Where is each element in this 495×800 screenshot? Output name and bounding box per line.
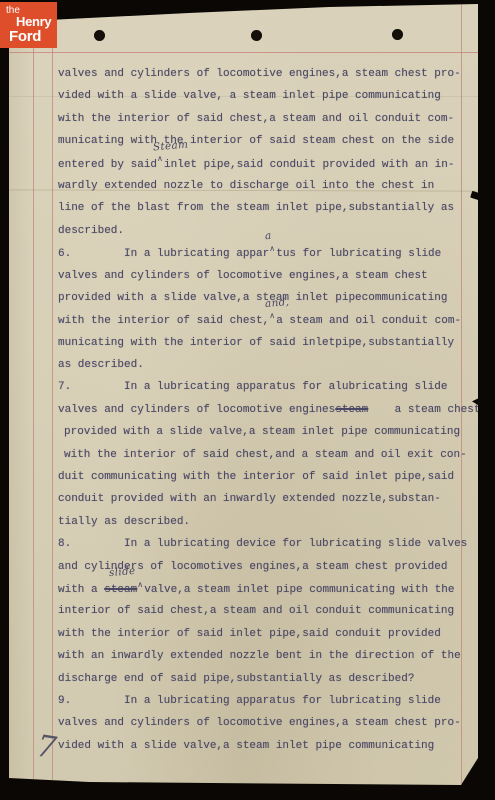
- typed-text: with the interior of said chest,: [58, 315, 269, 327]
- typed-line: with the interior of said chest,and,∧a s…: [58, 307, 470, 329]
- typed-line: vided with a slide valve,a steam inlet p…: [58, 733, 470, 755]
- handwritten-annotation: and,∧: [269, 307, 276, 323]
- typed-line: interior of said chest,a steam and oil c…: [58, 598, 470, 620]
- typed-line: valves and cylinders of locomotive engin…: [58, 397, 470, 419]
- punch-hole: [94, 30, 105, 41]
- typed-text: valves and cylinders of locomotive engin…: [58, 404, 335, 416]
- paper-sheet: valves and cylinders of locomotive engin…: [9, 4, 478, 785]
- typed-text: 8. In a lubricating device for lubricati…: [58, 538, 467, 550]
- typed-line: municating with the interior of said ste…: [58, 128, 470, 150]
- typed-line: vided with a slide valve, a steam inlet …: [58, 83, 470, 105]
- typed-text: conduit provided with an inwardly extend…: [58, 493, 441, 505]
- typed-text: with an inwardly extended nozzle bent in…: [58, 650, 461, 662]
- typed-text: with the interior of said chest,a steam …: [58, 113, 454, 125]
- typed-text: duit communicating with the interior of …: [58, 471, 454, 483]
- typed-line: with the interior of said inlet pipe,sai…: [58, 621, 470, 643]
- typed-line: conduit provided with an inwardly extend…: [58, 486, 470, 508]
- typed-text: valves and cylinders of locomotive engin…: [58, 68, 461, 80]
- typed-text: tus for lubricating slide: [276, 248, 441, 260]
- handwritten-word: and,: [264, 291, 290, 315]
- top-horizontal-rule: [9, 52, 478, 53]
- typed-line: 6. In a lubricating appara∧tus for lubri…: [58, 240, 470, 262]
- typed-text: provided with a slide valve,a steam inle…: [58, 292, 447, 304]
- typed-line: discharge end of said pipe,substantially…: [58, 666, 470, 688]
- typed-text: 7. In a lubricating apparatus for alubri…: [58, 381, 447, 393]
- handwritten-annotation: slide∧: [137, 576, 144, 592]
- typed-text: discharge end of said pipe,substantially…: [58, 673, 414, 685]
- typed-line: 9. In a lubricating apparatus for lubric…: [58, 688, 470, 710]
- logo-text-ford: Ford: [9, 28, 41, 45]
- handwritten-margin-note: 7: [28, 725, 65, 775]
- insertion-caret-icon: ∧: [137, 574, 143, 596]
- typed-text: tially as described.: [58, 516, 190, 528]
- struck-text: steam: [335, 404, 368, 416]
- typed-line: tially as described.: [58, 509, 470, 531]
- logo-text-henry: Henry: [16, 14, 51, 29]
- typed-line: line of the blast from the steam inlet p…: [58, 195, 470, 217]
- typed-text: with the interior of said inlet pipe,sai…: [58, 628, 441, 640]
- typed-text: a steam chest: [368, 404, 480, 416]
- insertion-caret-icon: ∧: [269, 238, 275, 260]
- insertion-caret-icon: ∧: [157, 148, 163, 170]
- typed-text: valves and cylinders of locomotive engin…: [58, 270, 428, 282]
- left-margin-rule-inner: [52, 4, 53, 785]
- handwritten-word: slide: [108, 559, 136, 584]
- handwritten-annotation: Steam∧: [157, 151, 164, 167]
- typed-line: with the interior of said chest,and a st…: [58, 442, 470, 464]
- typed-text: valve,a steam inlet pipe communicating w…: [144, 584, 454, 596]
- typed-text: provided with a slide valve,a steam inle…: [64, 426, 460, 438]
- typed-text: valves and cylinders of locomotive engin…: [58, 717, 461, 729]
- typed-line: duit communicating with the interior of …: [58, 464, 470, 486]
- typed-text: interior of said chest,a steam and oil c…: [58, 605, 454, 617]
- typed-text: vided with a slide valve, a steam inlet …: [58, 90, 441, 102]
- punch-hole: [392, 29, 403, 40]
- typed-text: line of the blast from the steam inlet p…: [58, 202, 454, 214]
- henry-ford-logo: the Henry Ford: [0, 2, 57, 48]
- typed-text: 6. In a lubricating appar: [58, 248, 269, 260]
- typed-line: provided with a slide valve,a steam inle…: [58, 419, 470, 441]
- document-scan: valves and cylinders of locomotive engin…: [0, 0, 495, 800]
- struck-text: steam: [104, 584, 137, 596]
- typed-line: municating with the interior of said inl…: [58, 330, 470, 352]
- typed-text: with a: [58, 584, 104, 596]
- typed-line: valves and cylinders of locomotive engin…: [58, 710, 470, 732]
- typed-text: a steam and oil conduit com-: [276, 315, 461, 327]
- left-margin-rule-outer: [33, 4, 34, 785]
- typed-line: with an inwardly extended nozzle bent in…: [58, 643, 470, 665]
- typed-text: municating with the interior of said inl…: [58, 337, 454, 349]
- typed-line: entered by saidSteam∧inlet pipe,said con…: [58, 151, 470, 173]
- typed-text: municating with the interior of said ste…: [58, 135, 454, 147]
- typed-text: wardly extended nozzle to discharge oil …: [58, 180, 434, 192]
- punch-hole: [251, 30, 262, 41]
- typed-line: 8. In a lubricating device for lubricati…: [58, 531, 470, 553]
- typed-line: valves and cylinders of locomotive engin…: [58, 61, 470, 83]
- typed-line: wardly extended nozzle to discharge oil …: [58, 173, 470, 195]
- typed-line: valves and cylinders of locomotive engin…: [58, 263, 470, 285]
- typed-text: with the interior of said chest,and a st…: [64, 449, 467, 461]
- typed-text: 9. In a lubricating apparatus for lubric…: [58, 695, 441, 707]
- handwritten-annotation: a∧: [269, 240, 276, 256]
- typed-line: 7. In a lubricating apparatus for alubri…: [58, 374, 470, 396]
- typed-line: as described.: [58, 352, 470, 374]
- typed-line: with a steamslide∧valve,a steam inlet pi…: [58, 576, 470, 598]
- typed-line: with the interior of said chest,a steam …: [58, 106, 470, 128]
- typed-text: vided with a slide valve,a steam inlet p…: [58, 740, 434, 752]
- typed-text: described.: [58, 225, 124, 237]
- typed-text: entered by said: [58, 159, 157, 171]
- insertion-caret-icon: ∧: [269, 305, 275, 327]
- typed-text: as described.: [58, 359, 144, 371]
- typed-text-block: valves and cylinders of locomotive engin…: [58, 61, 470, 755]
- typed-text: inlet pipe,said conduit provided with an…: [164, 159, 454, 171]
